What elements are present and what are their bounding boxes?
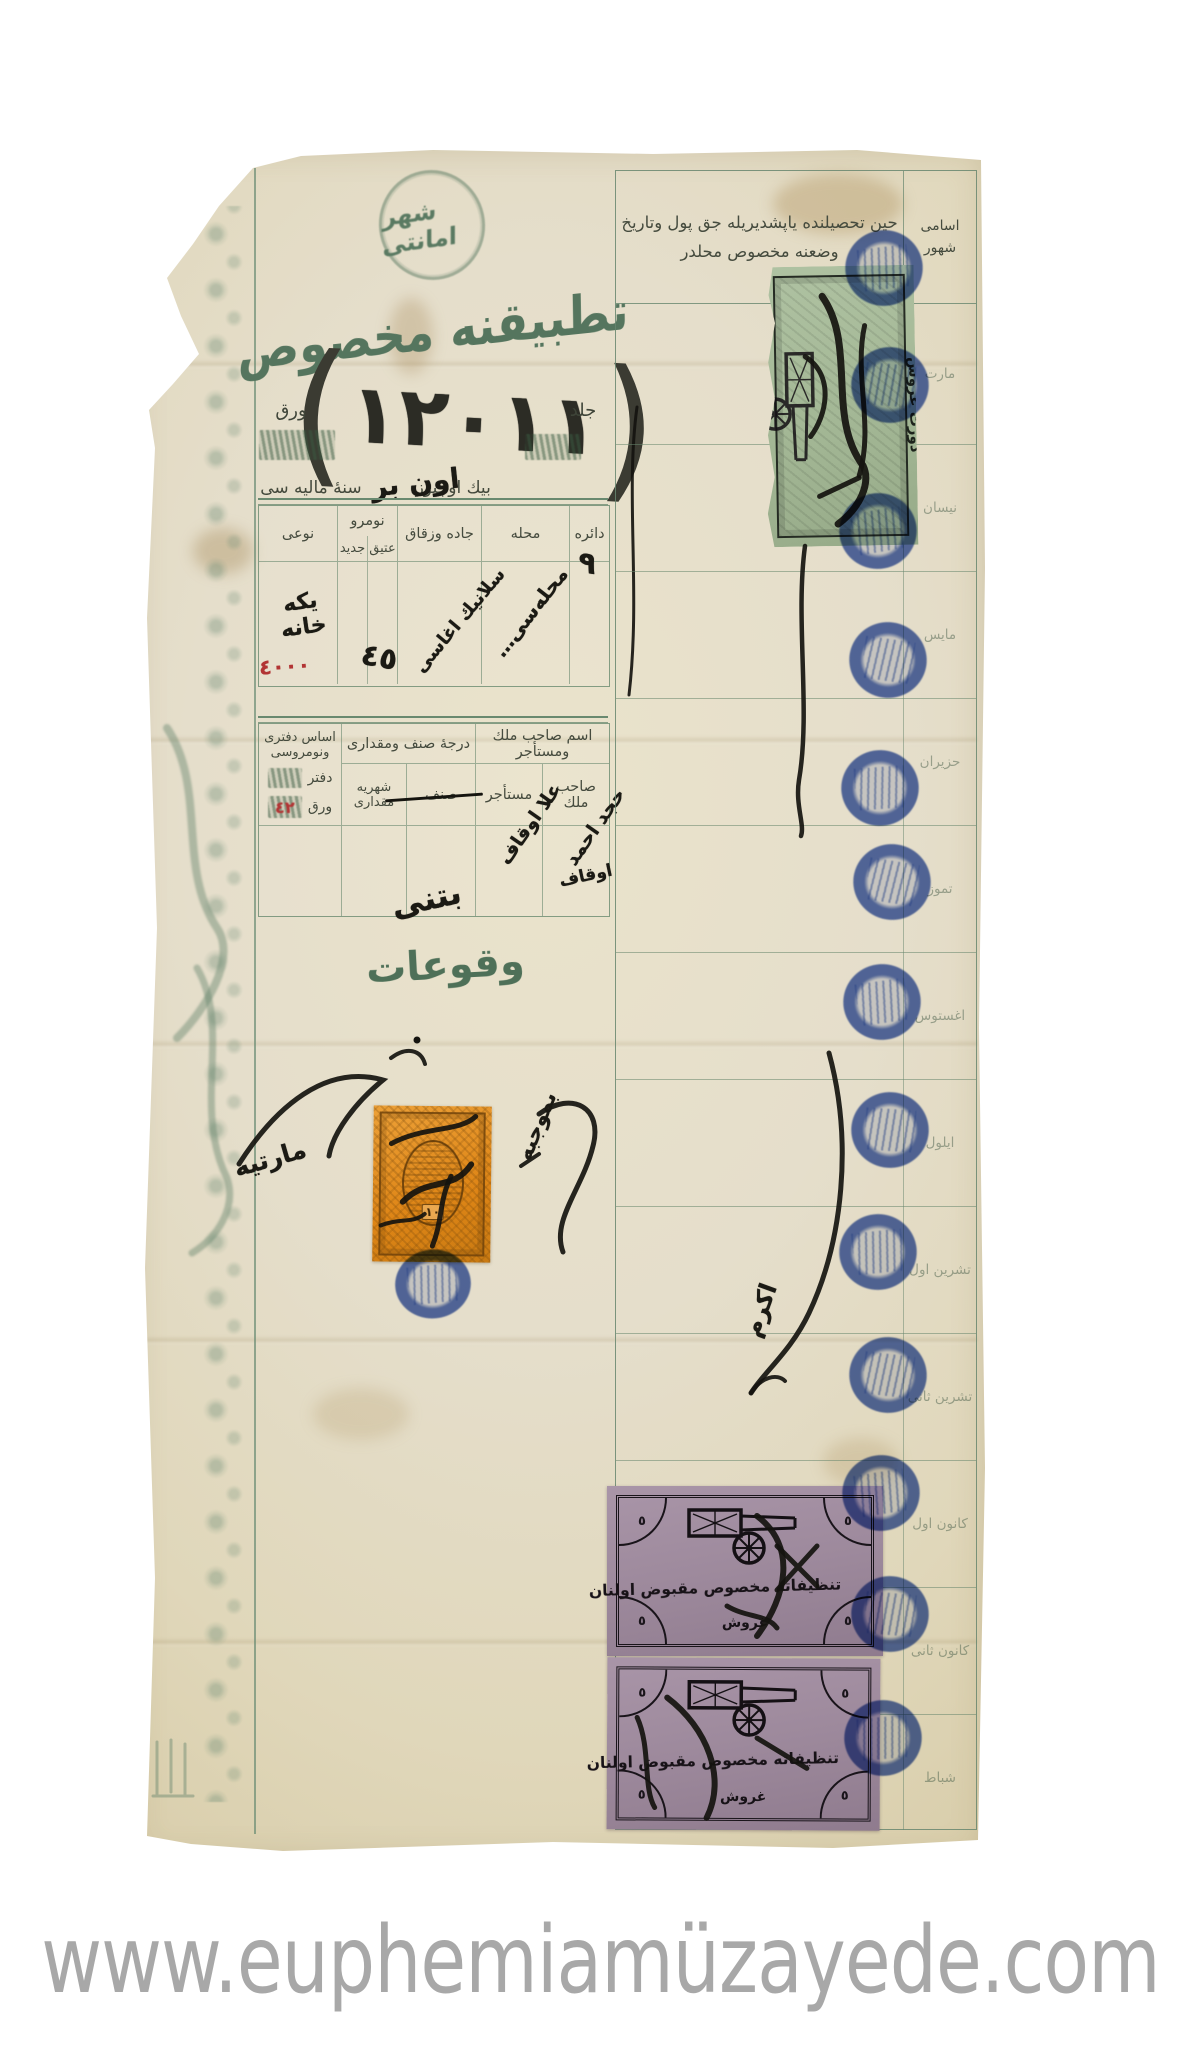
- register-group-label: اساس دفترى ونومروسى: [260, 730, 340, 760]
- signature-tail: [775, 540, 831, 840]
- watermark-url: www.euphemiamüzayede.com: [41, 1906, 1136, 2014]
- varak-smudge: ٤٢: [268, 796, 302, 818]
- cilt-stamp-smudge: [525, 434, 581, 460]
- varak-stamp-smudge: [259, 430, 335, 460]
- col-numero-old: عتيق: [367, 536, 397, 561]
- col-monthly: شهريه مقدارى: [341, 764, 406, 826]
- col-numero-sub: عتيق جديد: [337, 536, 397, 562]
- marginal-flourish: [145, 1734, 205, 1804]
- orange-revenue-stamp: ١٠: [372, 1105, 492, 1262]
- col-mahalle: محله: [481, 506, 569, 562]
- col-class-group: درجهٔ صنف ومقدارى: [341, 724, 475, 764]
- left-frame-line: [254, 168, 256, 1834]
- register-defter-row: دفتر: [268, 768, 333, 788]
- panel-header-line1: حين تحصيلنده ياپشديريله جق پول وتاريخ: [621, 213, 897, 232]
- cilt-label: جلد: [557, 400, 609, 421]
- varak-label: ورق: [269, 400, 313, 421]
- defter-smudge: [268, 768, 302, 788]
- year-text-left: سنهٔ ماليه سى: [260, 478, 361, 498]
- col-register-group: اساس دفترى ونومروسى دفتر ورق ٤٢: [259, 724, 341, 826]
- col-numero: نومرو: [337, 506, 397, 536]
- document-photo: شهر امانتى تطبيقنه مخصوص ( ١٢٠١١ ) جلد و…: [133, 148, 985, 1860]
- hw-value-45: ٤٥: [358, 637, 400, 678]
- col-numero-new: جديد: [338, 536, 367, 561]
- vukuat-heading: وقوعات: [365, 939, 507, 992]
- cell-register: [259, 826, 341, 916]
- hw-value-4000: ٤٠٠٠: [258, 652, 311, 680]
- panel-header-line2: وضعنه مخصوص محلدر: [680, 242, 838, 261]
- col-type: نوعى: [259, 506, 337, 562]
- table1-top-rule: [258, 498, 608, 505]
- orange-stamp-ink-overlay: [372, 1105, 492, 1262]
- table2-top-rule: [258, 716, 608, 723]
- register-varak-row: ورق ٤٢: [268, 796, 332, 818]
- round-seal-text: شهر امانتى: [382, 190, 481, 260]
- stain: [313, 1388, 409, 1440]
- col-street: جاده وزقاق: [397, 506, 481, 562]
- col-owner-group: اسم صاحب ملك ومستأجر: [475, 724, 609, 764]
- hw-varak-42: ٤٢: [275, 798, 295, 817]
